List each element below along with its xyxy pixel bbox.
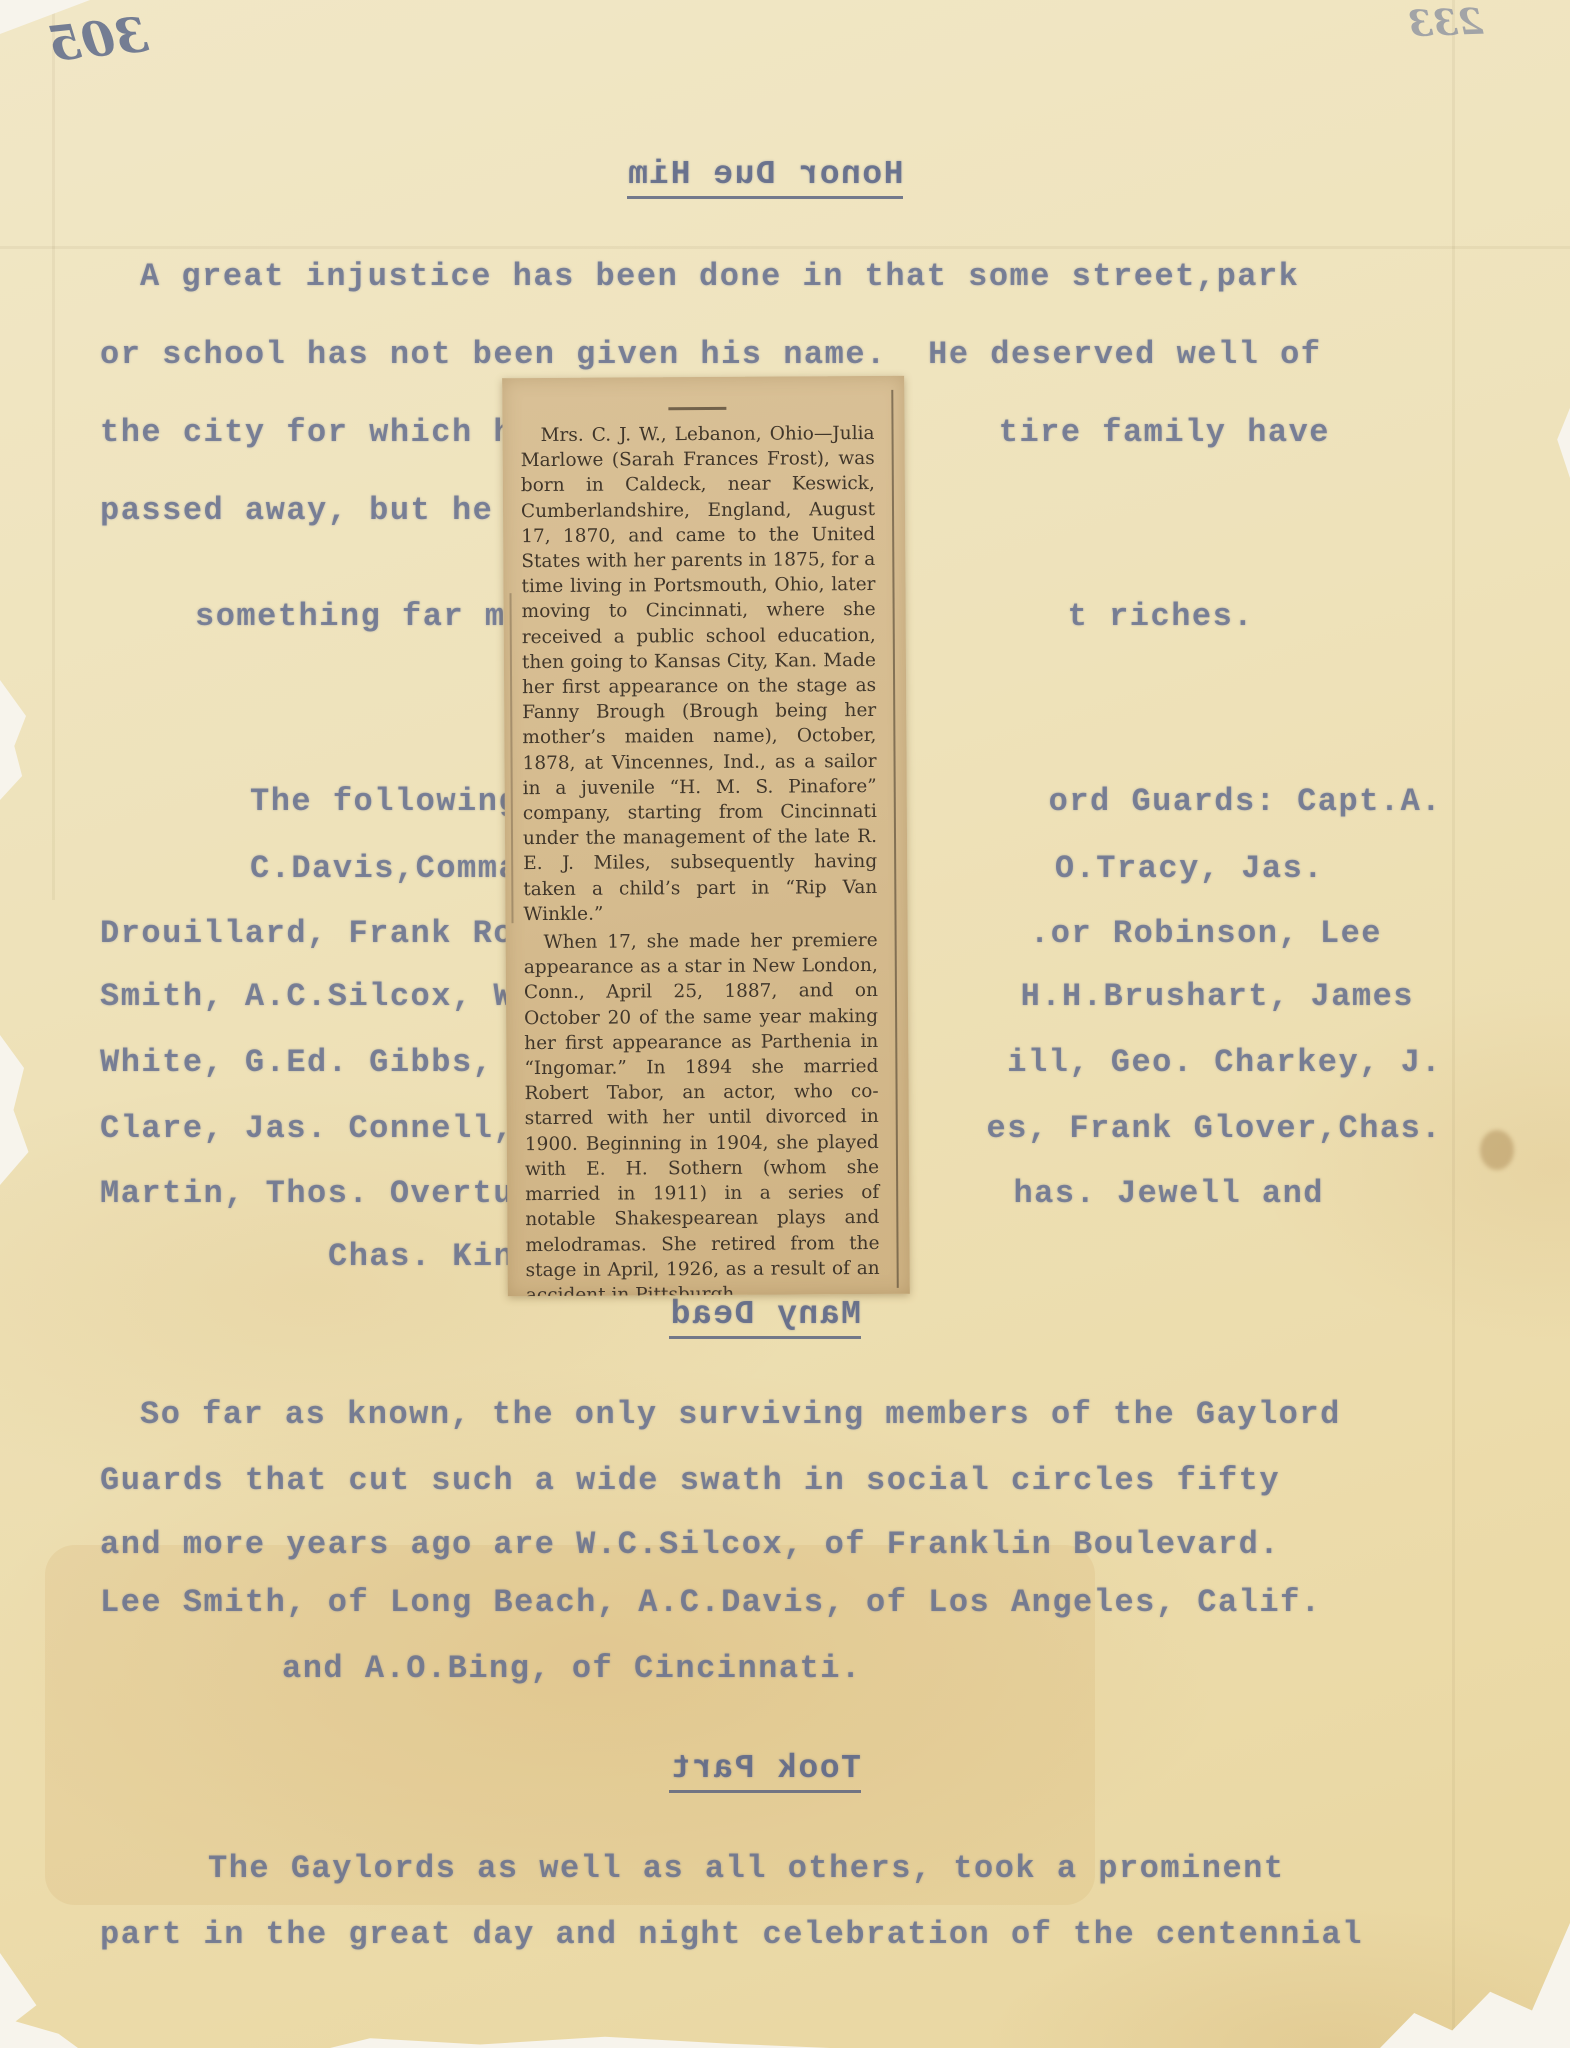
line-start-fragment: passed away, but he l [100, 492, 535, 529]
newspaper-clipping: Mrs. C. J. W., Lebanon, Ohio—Julia Marlo… [502, 376, 910, 1296]
line-start-fragment: Clare, Jas. Connell, [100, 1110, 514, 1147]
faint-page-number: 233 [1407, 1, 1484, 46]
heading-text: Took Part [669, 1750, 861, 1793]
mirrored-line: Lee Smith, of Long Beach, A.C.Davis, of … [100, 1584, 1442, 1621]
line-start-fragment: Drouillard, Frank Ros [100, 915, 535, 952]
line-start-fragment: Martin, Thos. Overtur [100, 1175, 535, 1212]
clipping-paragraph: Mrs. C. J. W., Lebanon, Ohio—Julia Marlo… [520, 421, 877, 927]
mirrored-heading-took-part: Took Part [0, 1750, 1530, 1793]
line-end-fragment: H.H.Brushart, James [1021, 978, 1414, 1015]
line-start-fragment: and A.O.Bing, of Cincinnati. [282, 1650, 862, 1687]
line-start-fragment: Guards that cut such a wide swath in soc… [100, 1462, 1280, 1499]
heading-text: Many Dead [669, 1296, 861, 1339]
line-end-fragment: ill, Geo. Charkey, J. [1007, 1044, 1442, 1081]
line-start-fragment: So far as known, the only surviving memb… [140, 1396, 1341, 1433]
mirrored-line: Guards that cut such a wide swath in soc… [100, 1462, 1442, 1499]
mirrored-line: part in the great day and night celebrat… [100, 1916, 1442, 1953]
line-end-fragment: es, Frank Glover,Chas. [987, 1110, 1442, 1147]
line-start-fragment: White, G.Ed. Gibbs, J [100, 1044, 535, 1081]
line-start-fragment: The Gaylords as well as all others, took… [208, 1850, 1285, 1887]
line-start-fragment: Smith, A.C.Silcox, Wi [100, 978, 535, 1015]
mirrored-line: or school has not been given his name. H… [100, 336, 1442, 373]
mirrored-heading-honor-due-him: Honor Due Him [0, 156, 1530, 199]
mirrored-line: and more years ago are W.C.Silcox, of Fr… [100, 1526, 1442, 1563]
line-start-fragment: or school has not been given his name. H… [100, 336, 1321, 373]
mirrored-line: So far as known, the only surviving memb… [100, 1396, 1442, 1433]
heading-text: Honor Due Him [627, 156, 904, 199]
line-start-fragment: the city for which he [100, 414, 535, 451]
mirrored-heading-many-dead: Many Dead [0, 1296, 1530, 1339]
line-start-fragment: A great injustice has been done in that … [140, 258, 1299, 295]
line-end-fragment: O.Tracy, Jas. [1055, 850, 1324, 887]
scanned-page: 305 233 Honor Due Him Many Dead Took Par… [0, 0, 1570, 2048]
mirrored-line: A great injustice has been done in that … [100, 258, 1442, 295]
mirrored-line: and A.O.Bing, of Cincinnati. [100, 1650, 1442, 1687]
clipping-divider-dash [668, 407, 726, 410]
line-end-fragment: .or Robinson, Lee [1030, 915, 1382, 952]
column-rule-left [510, 593, 514, 923]
column-rule-right [891, 390, 898, 1288]
line-start-fragment: and more years ago are W.C.Silcox, of Fr… [100, 1526, 1280, 1563]
mirrored-line: The Gaylords as well as all others, took… [100, 1850, 1442, 1887]
line-start-fragment: part in the great day and night celebrat… [100, 1916, 1363, 1953]
line-end-fragment: t riches. [1068, 598, 1254, 635]
handwritten-page-number: 305 [45, 7, 151, 73]
line-end-fragment: ord Guards: Capt.A. [1049, 783, 1442, 820]
line-start-fragment: Lee Smith, of Long Beach, A.C.Davis, of … [100, 1584, 1321, 1621]
line-end-fragment: has. Jewell and [1013, 1175, 1324, 1212]
clipping-paragraph: When 17, she made her premiere appearanc… [524, 928, 880, 1296]
line-end-fragment: tire family have [999, 414, 1330, 451]
